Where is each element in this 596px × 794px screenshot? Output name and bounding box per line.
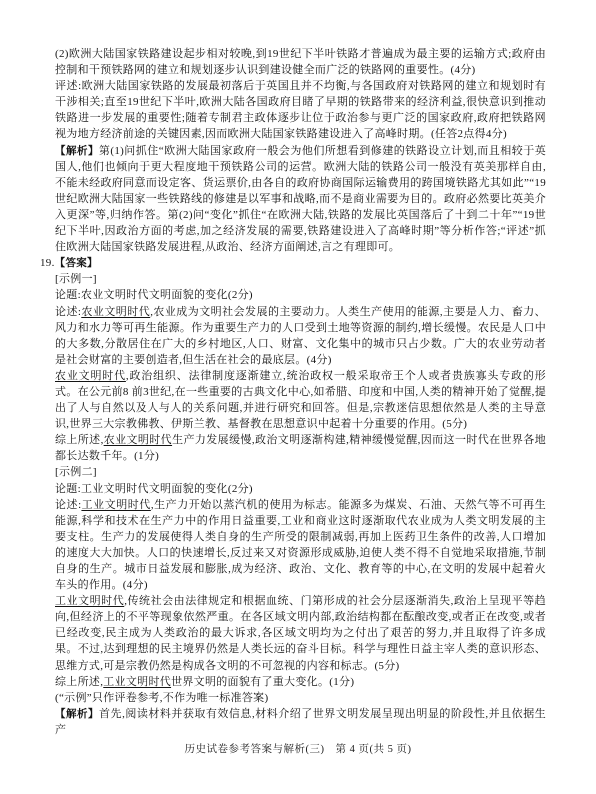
text-segment: 农业文明时代 (104, 434, 172, 446)
text-segment: ,生产力开始以蒸汽机的使用为标志。能源多为煤炭、石油、天然气等不可再生能源,科学… (55, 499, 546, 591)
text-segment: (2)欧洲大陆国家铁路建设起步相对较晚,到19世纪下半叶铁路才普遍成为最主要的运… (55, 48, 546, 76)
example-1-conclusion: 综上所述,农业文明时代生产力发展缓慢,政治文明逐渐构建,精神缓慢觉醒,因而这一时… (55, 432, 546, 464)
text-segment: 工业文明时代 (103, 676, 171, 688)
text-segment: ,政治组织、法律制度逐渐建立,统治政权一般采取帝王个人或者贵族寡头专政的形式。在… (55, 370, 546, 430)
text-segment: 农业文明时代 (81, 306, 150, 318)
text-segment: 第(1)问抓住“欧洲大陆国家政府一般会为他们所想看到修建的铁路设立计划,而且相较… (55, 145, 546, 254)
text-segment: 世界文明的面貌有了重大变化。(1分) (171, 676, 354, 688)
example-1-discussion-1: 论述:农业文明时代,农业成为文明社会发展的主要动力。人类生产使用的能源,主要是人… (55, 304, 546, 368)
example-2-label: [示例二] (55, 464, 546, 480)
text-segment: 综上所述, (55, 676, 103, 688)
example-1-label: [示例一] (55, 271, 546, 287)
text-segment: 【答案】 (55, 257, 98, 269)
example-2-discussion-1: 论述:工业文明时代,生产力开始以蒸汽机的使用为标志。能源多为煤炭、石油、天然气等… (55, 497, 546, 594)
grading-note: (“示例”只作评卷参考,不作为唯一标准答案) (55, 690, 546, 706)
document-body: (2)欧洲大陆国家铁路建设起步相对较晚,到19世纪下半叶铁路才普遍成为最主要的运… (55, 46, 546, 738)
answer-18-part2: (2)欧洲大陆国家铁路建设起步相对较晚,到19世纪下半叶铁路才普遍成为最主要的运… (55, 46, 546, 78)
answer-18-comment: 评述:欧洲大陆国家铁路的发展最初落后于英国且并不均衡,与各国政府对铁路网的建立和… (55, 78, 546, 142)
text-segment: (“示例”只作评卷参考,不作为唯一标准答案) (55, 692, 268, 704)
text-segment: 论题:农业文明时代文明面貌的变化(2分) (55, 289, 253, 301)
text-segment: 论题:工业文明时代文明面貌的变化(2分) (55, 483, 253, 495)
text-segment: 工业文明时代 (55, 595, 124, 607)
question-19-answer-heading: 19.【答案】 (55, 255, 546, 271)
example-1-topic: 论题:农业文明时代文明面貌的变化(2分) (55, 287, 546, 303)
text-segment: ,传统社会由法律规定和根据血统、门第形成的社会分层逐渐消失,政治上呈现平等趋向,… (55, 595, 546, 671)
example-1-discussion-2: 农业文明时代,政治组织、法律制度逐渐建立,统治政权一般采取帝王个人或者贵族寡头专… (55, 368, 546, 432)
example-2-conclusion: 综上所述,工业文明时代世界文明的面貌有了重大变化。(1分) (55, 674, 546, 690)
analysis-19: 【解析】首先,阅读材料并获取有效信息,材料介绍了世界文明发展呈现出明显的阶段性,… (55, 706, 546, 738)
text-segment: 【解析】 (55, 708, 99, 720)
question-number: 19. (40, 257, 55, 269)
text-segment: 【解析】 (55, 145, 99, 157)
page-footer: 历史试卷参考答案与解析(三) 第 4 页(共 5 页) (0, 741, 596, 756)
text-segment: 论述: (55, 499, 81, 511)
document-page: (2)欧洲大陆国家铁路建设起步相对较晚,到19世纪下半叶铁路才普遍成为最主要的运… (0, 0, 596, 794)
text-segment: 评述:欧洲大陆国家铁路的发展最初落后于英国且并不均衡,与各国政府对铁路网的建立和… (55, 80, 546, 140)
example-2-topic: 论题:工业文明时代文明面貌的变化(2分) (55, 481, 546, 497)
text-segment: 综上所述, (55, 434, 104, 446)
text-segment: 论述: (55, 306, 81, 318)
example-2-discussion-2: 工业文明时代,传统社会由法律规定和根据血统、门第形成的社会分层逐渐消失,政治上呈… (55, 593, 546, 673)
analysis-18: 【解析】第(1)问抓住“欧洲大陆国家政府一般会为他们所想看到修建的铁路设立计划,… (55, 143, 546, 256)
text-segment: 工业文明时代 (81, 499, 150, 511)
text-segment: [示例二] (55, 466, 97, 478)
text-segment: [示例一] (55, 273, 97, 285)
text-segment: 首先,阅读材料并获取有效信息,材料介绍了世界文明发展呈现出明显的阶段性,并且依据… (55, 708, 546, 736)
text-segment: 农业文明时代 (55, 370, 126, 382)
